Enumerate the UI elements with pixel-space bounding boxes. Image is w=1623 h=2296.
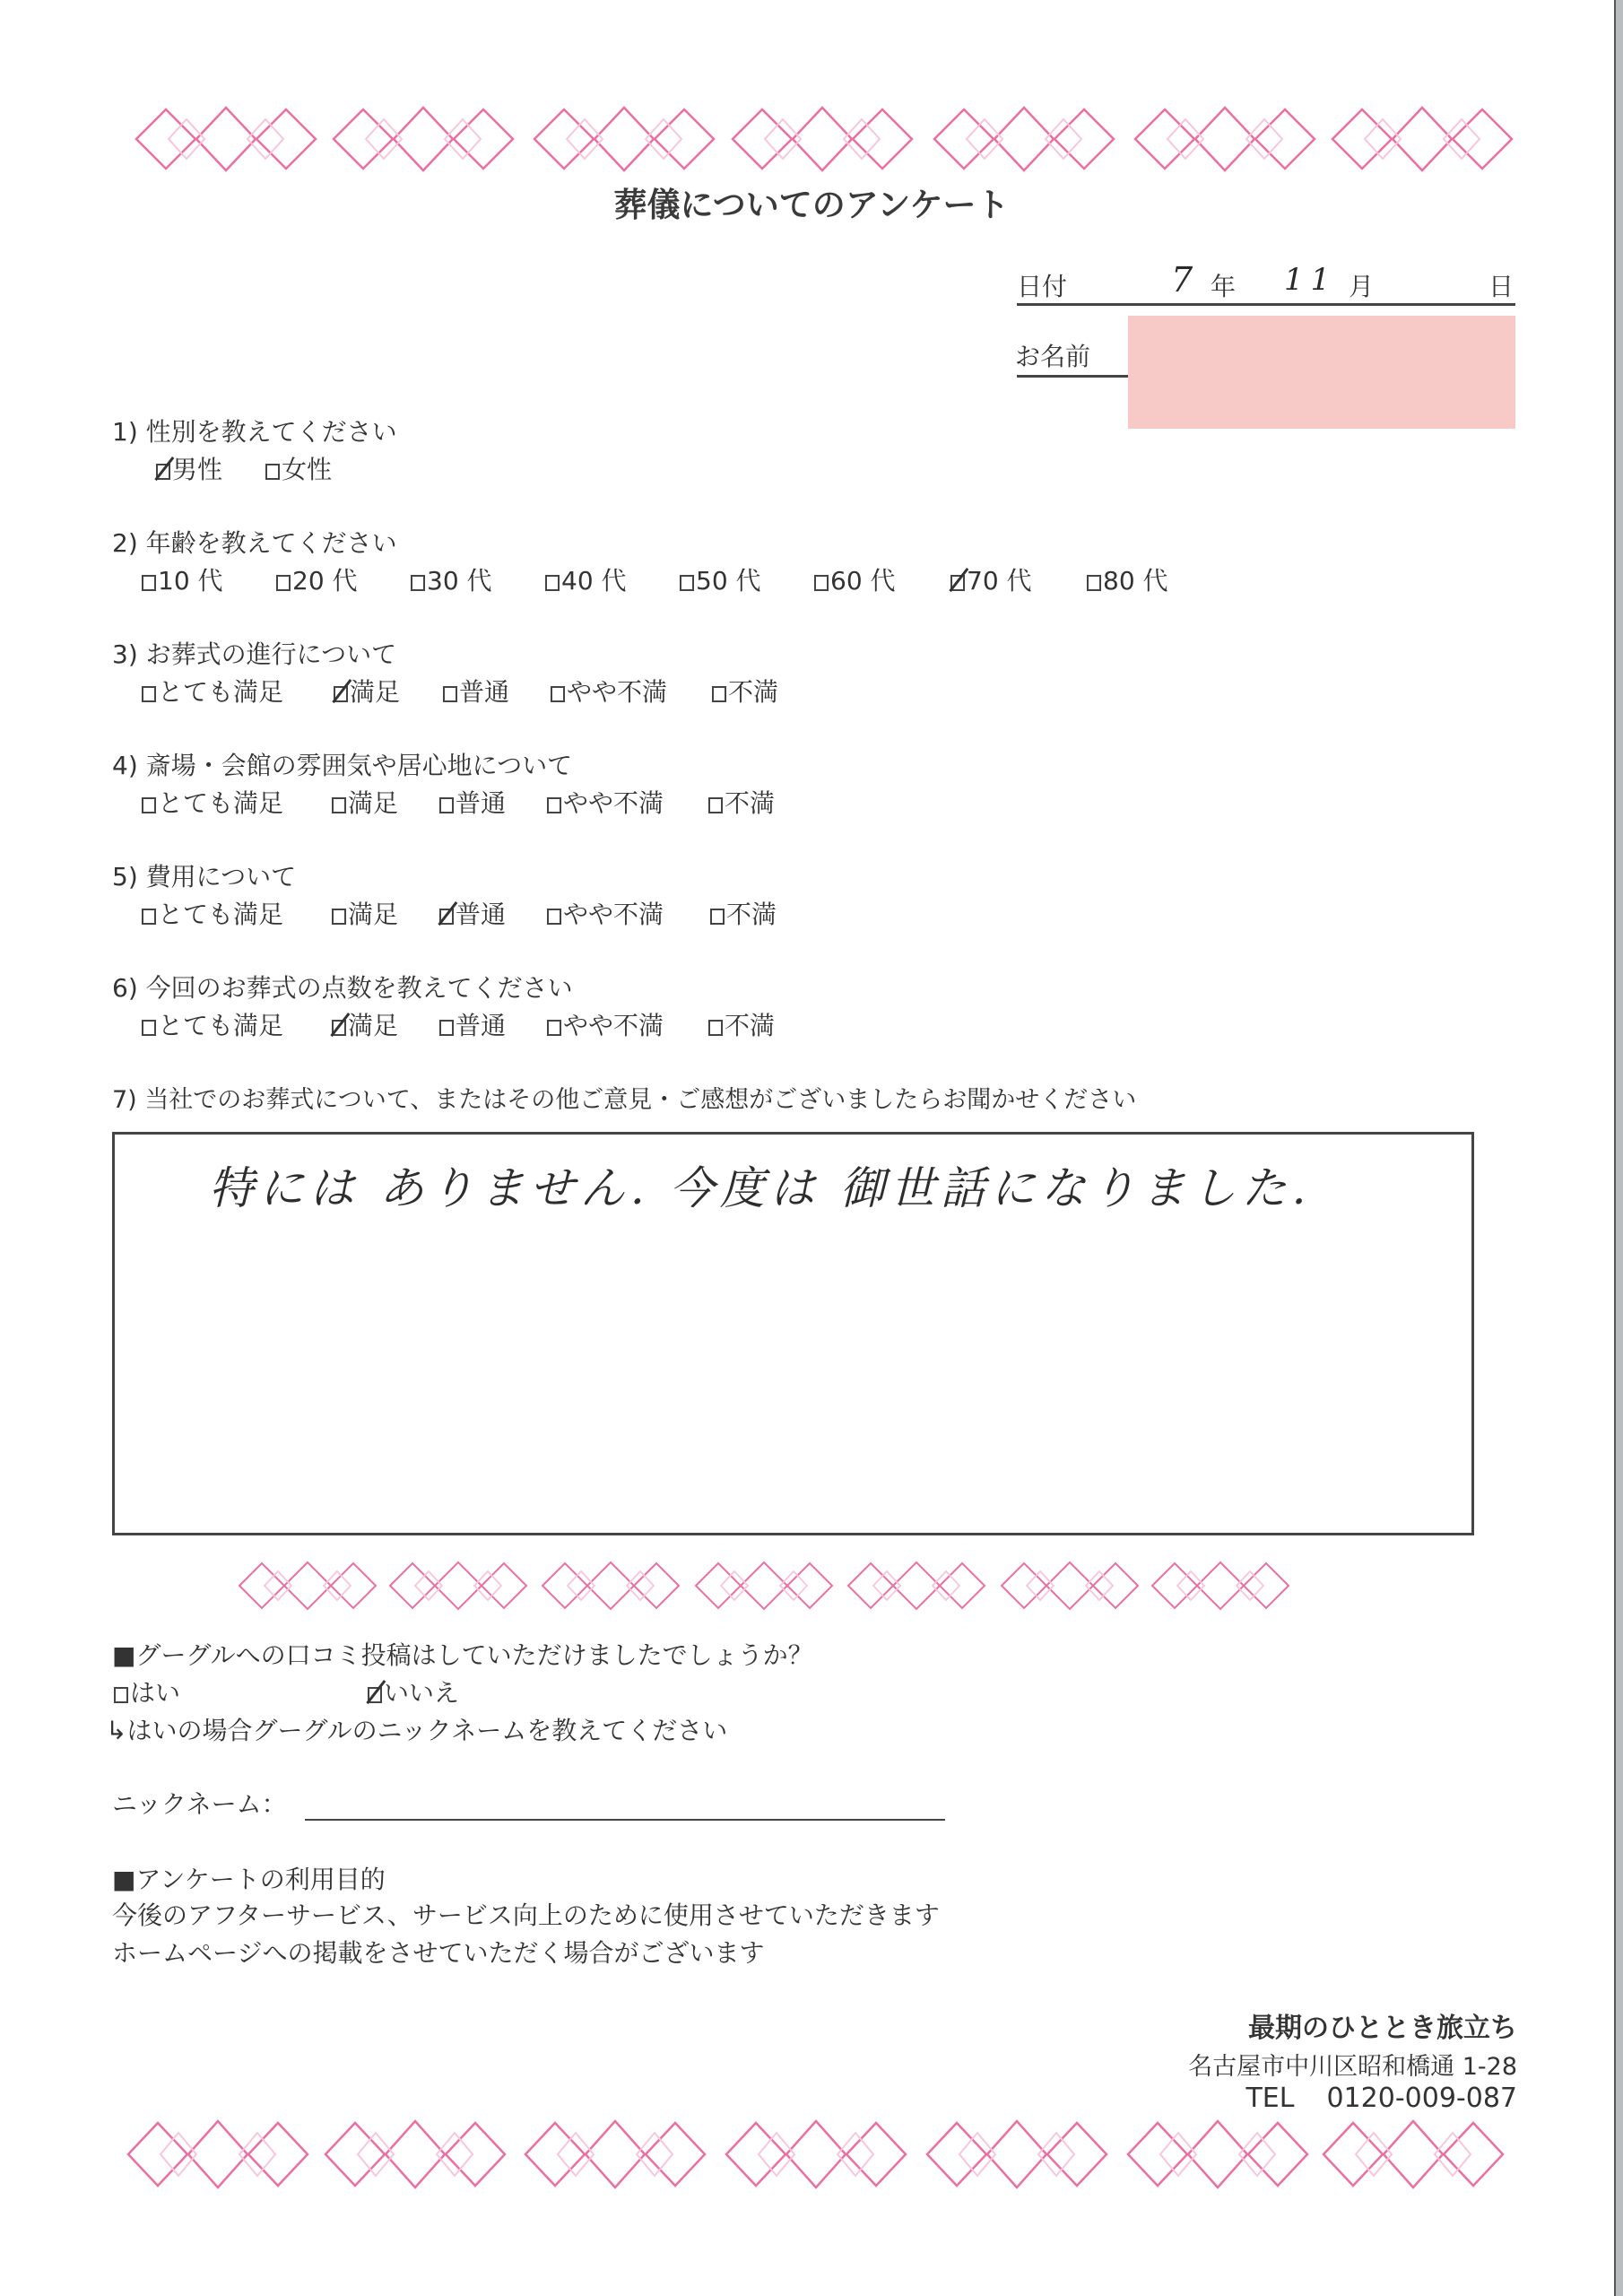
diamond-pattern-icon <box>0 2118 1623 2190</box>
q5-option-satisfied[interactable]: 満足 <box>332 895 398 931</box>
q2-option-50s[interactable]: 50 代 <box>680 561 761 597</box>
q6-option-dissatisfied[interactable]: 不満 <box>708 1006 775 1042</box>
tel-label: TEL <box>1245 2083 1294 2114</box>
question-label: 性別を教えてください <box>146 417 397 447</box>
checkbox-checked-icon[interactable] <box>334 686 348 702</box>
page-title: 葬儀についてのアンケート <box>0 178 1623 226</box>
day-label: 日 <box>1488 267 1514 303</box>
q2-option-70s[interactable]: 70 代 <box>950 561 1032 597</box>
q6-option-somewhat-dissatisfied[interactable]: やや不満 <box>547 1006 664 1042</box>
q2-option-20s[interactable]: 20 代 <box>276 561 358 597</box>
q5-option-very-satisfied[interactable]: とても満足 <box>142 895 283 931</box>
google-option-yes[interactable]: はい <box>114 1674 180 1709</box>
bottom-diamond-pattern <box>0 2118 1623 2190</box>
google-option-no[interactable]: いいえ <box>368 1674 459 1709</box>
question-3: 3) お葬式の進行について <box>112 635 396 671</box>
google-review-question: ■グーグルへの口コミ投稿はしていただけましたでしょうか？ <box>112 1636 813 1672</box>
purpose-line-1: 今後のアフターサービス、サービス向上のために使用させていただきます <box>112 1896 940 1932</box>
comment-textarea[interactable]: 特には ありません. 今度は 御世話になりました. <box>112 1132 1474 1535</box>
page-edge-strip <box>1616 0 1623 2296</box>
checkbox-icon[interactable] <box>411 575 425 591</box>
name-redaction <box>1128 316 1515 429</box>
diamond-pattern-icon <box>0 106 1623 172</box>
checkbox-icon[interactable] <box>443 686 457 702</box>
comment-answer: 特には ありません. 今度は 御世話になりました. <box>209 1152 1311 1217</box>
q3-option-dissatisfied[interactable]: 不満 <box>712 673 778 709</box>
month-label: 月 <box>1349 267 1374 303</box>
checkbox-icon[interactable] <box>712 686 726 702</box>
company-name: 最期のひととき旅立ち <box>1248 2005 1517 2045</box>
q6-option-very-satisfied[interactable]: とても満足 <box>142 1006 283 1042</box>
q2-option-30s[interactable]: 30 代 <box>411 561 492 597</box>
checkbox-icon[interactable] <box>708 1020 723 1036</box>
year-label: 年 <box>1211 267 1236 303</box>
checkbox-icon[interactable] <box>142 909 156 925</box>
q2-option-40s[interactable]: 40 代 <box>545 561 627 597</box>
checkbox-icon[interactable] <box>814 575 829 591</box>
checkbox-checked-icon[interactable] <box>368 1687 382 1703</box>
q3-option-somewhat-dissatisfied[interactable]: やや不満 <box>551 673 667 709</box>
q3-option-satisfied[interactable]: 満足 <box>334 673 400 709</box>
date-underline <box>1017 303 1515 306</box>
q2-option-60s[interactable]: 60 代 <box>814 561 896 597</box>
question-1: 1) 性別を教えてください <box>112 413 397 448</box>
q2-option-10s[interactable]: 10 代 <box>142 561 223 597</box>
q4-option-neutral[interactable]: 普通 <box>439 784 506 820</box>
checkbox-icon[interactable] <box>547 909 561 925</box>
q4-option-very-satisfied[interactable]: とても満足 <box>142 784 283 820</box>
q5-option-somewhat-dissatisfied[interactable]: やや不満 <box>547 895 664 931</box>
checkbox-checked-icon[interactable] <box>439 909 454 925</box>
checkbox-icon[interactable] <box>142 1020 156 1036</box>
nickname-input-line[interactable] <box>305 1819 945 1821</box>
middle-diamond-pattern <box>0 1561 1623 1611</box>
question-2: 2) 年齢を教えてください <box>112 524 397 560</box>
checkbox-checked-icon[interactable] <box>950 575 965 591</box>
top-diamond-pattern <box>0 106 1623 172</box>
checkbox-icon[interactable] <box>1087 575 1101 591</box>
checkbox-icon[interactable] <box>142 575 156 591</box>
q1-option-male[interactable]: 男性 <box>156 450 222 486</box>
google-nickname-note: ↳はいの場合グーグルのニックネームを教えてください <box>106 1711 727 1747</box>
date-row: 日付 7 年 11 月 日 <box>1017 260 1515 305</box>
tel-number: 0120-009-087 <box>1326 2083 1517 2114</box>
q6-option-satisfied[interactable]: 満足 <box>332 1006 398 1042</box>
checkbox-icon[interactable] <box>708 797 723 813</box>
checkbox-icon[interactable] <box>142 686 156 702</box>
checkbox-icon[interactable] <box>551 686 565 702</box>
q3-option-very-satisfied[interactable]: とても満足 <box>142 673 283 709</box>
company-address: 名古屋市中川区昭和橋通 1-28 <box>1188 2047 1517 2082</box>
q1-option-female[interactable]: 女性 <box>265 450 332 486</box>
nickname-label: ニックネーム： <box>112 1785 287 1821</box>
checkbox-icon[interactable] <box>332 909 346 925</box>
year-value[interactable]: 7 <box>1171 260 1193 300</box>
checkbox-icon[interactable] <box>547 1020 561 1036</box>
q5-option-neutral[interactable]: 普通 <box>439 895 506 931</box>
q2-option-80s[interactable]: 80 代 <box>1087 561 1168 597</box>
checkbox-icon[interactable] <box>439 797 454 813</box>
checkbox-checked-icon[interactable] <box>156 464 170 480</box>
name-underline <box>1017 375 1133 378</box>
purpose-line-2: ホームページへの掲載をさせていただく場合がございます <box>112 1934 764 1970</box>
diamond-pattern-icon <box>0 1561 1623 1611</box>
purpose-heading: ■アンケートの利用目的 <box>112 1860 386 1896</box>
company-tel: TEL0120-009-087 <box>1245 2083 1517 2114</box>
checkbox-icon[interactable] <box>545 575 560 591</box>
q6-option-neutral[interactable]: 普通 <box>439 1006 506 1042</box>
q4-option-dissatisfied[interactable]: 不満 <box>708 784 775 820</box>
checkbox-icon[interactable] <box>265 464 280 480</box>
question-number: 1) <box>112 417 138 447</box>
month-value[interactable]: 11 <box>1284 262 1337 298</box>
question-5: 5) 費用について <box>112 857 296 893</box>
checkbox-icon[interactable] <box>680 575 694 591</box>
checkbox-checked-icon[interactable] <box>332 1020 346 1036</box>
question-6: 6) 今回のお葬式の点数を教えてください <box>112 969 573 1004</box>
q4-option-satisfied[interactable]: 満足 <box>332 784 398 820</box>
q3-option-neutral[interactable]: 普通 <box>443 673 509 709</box>
name-label: お名前 <box>1015 337 1090 373</box>
q5-option-dissatisfied[interactable]: 不満 <box>710 895 777 931</box>
question-4: 4) 斎場・会館の雰囲気や居心地について <box>112 746 572 782</box>
checkbox-icon[interactable] <box>547 797 561 813</box>
checkbox-icon[interactable] <box>276 575 291 591</box>
checkbox-icon[interactable] <box>142 797 156 813</box>
question-7: 7) 当社でのお葬式について、またはその他ご意見・ご感想がございましたらお聞かせ… <box>112 1080 1136 1115</box>
q4-option-somewhat-dissatisfied[interactable]: やや不満 <box>547 784 664 820</box>
checkbox-icon[interactable] <box>710 909 725 925</box>
date-label: 日付 <box>1017 267 1067 303</box>
checkbox-icon[interactable] <box>439 1020 454 1036</box>
checkbox-icon[interactable] <box>114 1687 128 1703</box>
checkbox-icon[interactable] <box>332 797 346 813</box>
